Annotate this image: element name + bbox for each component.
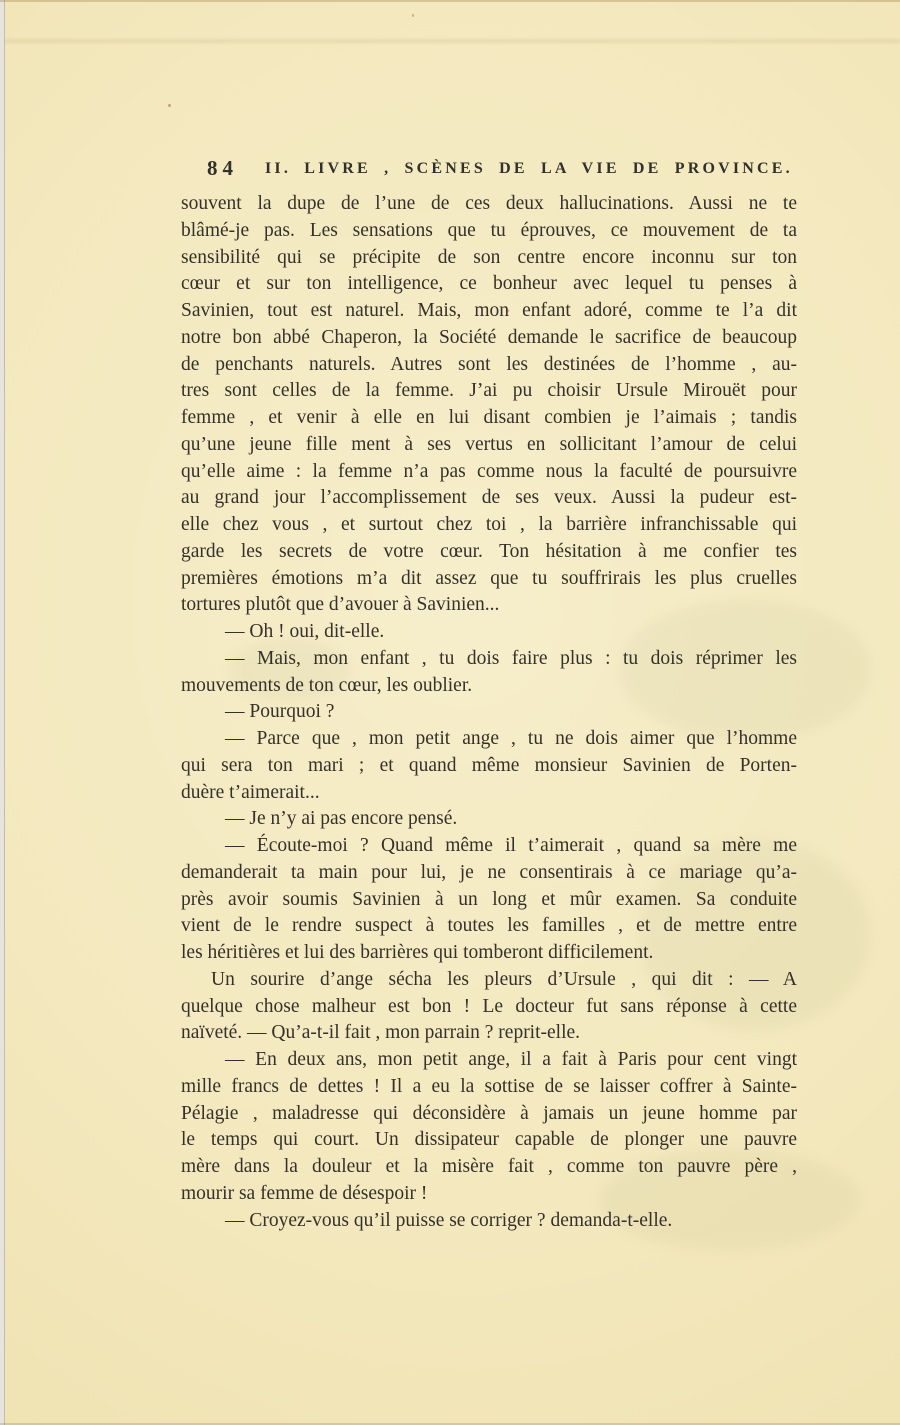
text-line: qu’une jeune fille ment à ses vertus en … — [181, 432, 797, 459]
text-line: — Écoute-moi ? Quand même il t’aimerait … — [181, 833, 797, 860]
text-line: duère t’aimerait... — [181, 780, 797, 807]
text-line: demanderait ta main pour lui, je ne cons… — [181, 860, 797, 887]
text-line: le temps qui court. Un dissipateur capab… — [181, 1127, 797, 1154]
text-line: Pélagie , maladresse qui déconsidère à j… — [181, 1101, 797, 1128]
text-line: Savinien, tout est naturel. Mais, mon en… — [181, 298, 797, 325]
text-line: garde les secrets de votre cœur. Ton hés… — [181, 539, 797, 566]
text-line: quelque chose malheur est bon ! Le docte… — [181, 994, 797, 1021]
text-line: qui sera ton mari ; et quand même monsie… — [181, 753, 797, 780]
text-line: mère dans la douleur et la misère fait ,… — [181, 1154, 797, 1181]
text-line: — En deux ans, mon petit ange, il a fait… — [181, 1047, 797, 1074]
text-line: elle chez vous , et surtout chez toi , l… — [181, 512, 797, 539]
running-title: II. LIVRE , SCÈNES DE LA VIE DE PROVINCE… — [265, 160, 793, 178]
paper-speck — [168, 104, 171, 107]
text-line: les héritières et lui des barrières qui … — [181, 940, 797, 967]
text-line: tres sont celles de la femme. J’ai pu ch… — [181, 378, 797, 405]
text-line: blâmé-je pas. Les sensations que tu épro… — [181, 218, 797, 245]
page-number: 84 — [207, 156, 238, 181]
text-line: — Oh ! oui, dit-elle. — [181, 619, 797, 646]
page-text: souvent la dupe de l’une de ces deux hal… — [181, 191, 797, 1234]
text-line: — Mais, mon enfant , tu dois faire plus … — [181, 646, 797, 673]
scanned-book-page: 84 II. LIVRE , SCÈNES DE LA VIE DE PROVI… — [0, 0, 900, 1425]
text-line: — Pourquoi ? — [181, 699, 797, 726]
text-line: mille francs de dettes ! Il a eu la sott… — [181, 1074, 797, 1101]
text-line: tortures plutôt que d’avouer à Savinien.… — [181, 592, 797, 619]
text-line: notre bon abbé Chaperon, la Société dema… — [181, 325, 797, 352]
text-line: — Croyez-vous qu’il puisse se corriger ?… — [181, 1208, 797, 1235]
paper-speck — [412, 14, 414, 17]
running-head: 84 II. LIVRE , SCÈNES DE LA VIE DE PROVI… — [181, 156, 797, 182]
text-line: au grand jour l’accomplissement de ses v… — [181, 485, 797, 512]
paper-crease — [0, 39, 900, 43]
text-line: vient de le rendre suspect à toutes les … — [181, 913, 797, 940]
text-line: — Parce que , mon petit ange , tu ne doi… — [181, 726, 797, 753]
text-line: premières émotions m’a dit assez que tu … — [181, 566, 797, 593]
text-line: — Je n’y ai pas encore pensé. — [181, 806, 797, 833]
text-line: naïveté. — Qu’a-t-il fait , mon parrain … — [181, 1020, 797, 1047]
scan-left-edge — [0, 0, 5, 1425]
scan-top-edge — [0, 0, 900, 2]
text-line: cœur et sur ton intelligence, ce bonheur… — [181, 271, 797, 298]
text-line: près avoir soumis Savinien à un long et … — [181, 887, 797, 914]
text-line: mouvements de ton cœur, les oublier. — [181, 673, 797, 700]
text-line: qu’elle aime : la femme n’a pas comme no… — [181, 459, 797, 486]
text-line: Un sourire d’ange sécha les pleurs d’Urs… — [181, 967, 797, 994]
text-line: sensibilité qui se précipite de son cent… — [181, 245, 797, 272]
text-line: mourir sa femme de désespoir ! — [181, 1181, 797, 1208]
text-line: de penchants naturels. Autres sont les d… — [181, 352, 797, 379]
text-line: femme , et venir à elle en lui disant co… — [181, 405, 797, 432]
text-line: souvent la dupe de l’une de ces deux hal… — [181, 191, 797, 218]
